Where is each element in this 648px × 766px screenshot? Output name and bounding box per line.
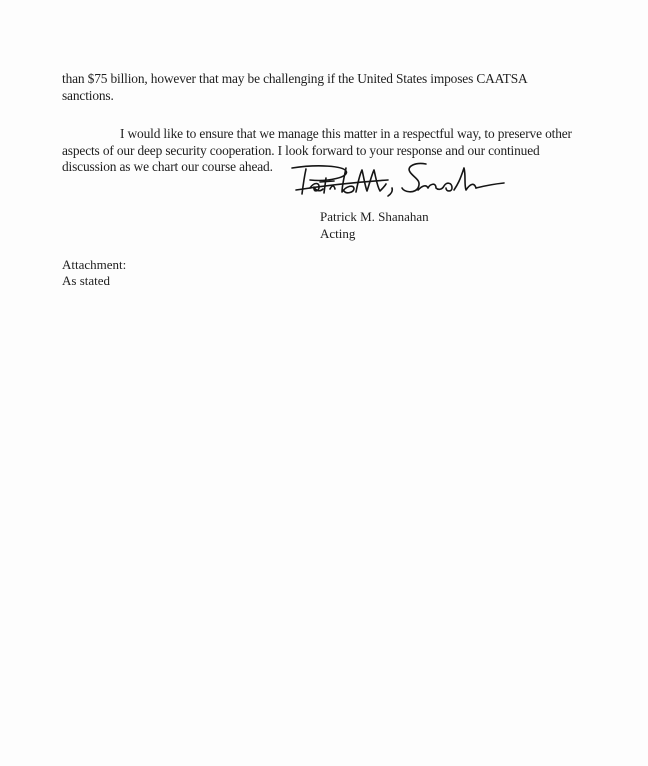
paragraph-line: I would like to ensure that we manage th…: [120, 126, 572, 141]
paragraph-line: than $75 billion, however that may be ch…: [62, 71, 528, 86]
paragraph-line: sanctions.: [62, 88, 114, 103]
bleed-through-artifact: [75, 30, 435, 40]
signer-name: Patrick M. Shanahan: [320, 208, 429, 225]
paragraph-line: aspects of our deep security cooperation…: [62, 143, 540, 158]
paragraph-sanctions: than $75 billion, however that may be ch…: [62, 71, 582, 104]
attachment-value: As stated: [62, 273, 126, 289]
signer-block: Patrick M. Shanahan Acting: [320, 208, 429, 242]
attachment-block: Attachment: As stated: [62, 257, 126, 289]
signer-title: Acting: [320, 225, 429, 242]
paragraph-line: discussion as we chart our course ahead.: [62, 159, 273, 174]
document-page: than $75 billion, however that may be ch…: [0, 0, 648, 766]
attachment-label: Attachment:: [62, 257, 126, 273]
handwritten-signature: [288, 158, 508, 204]
